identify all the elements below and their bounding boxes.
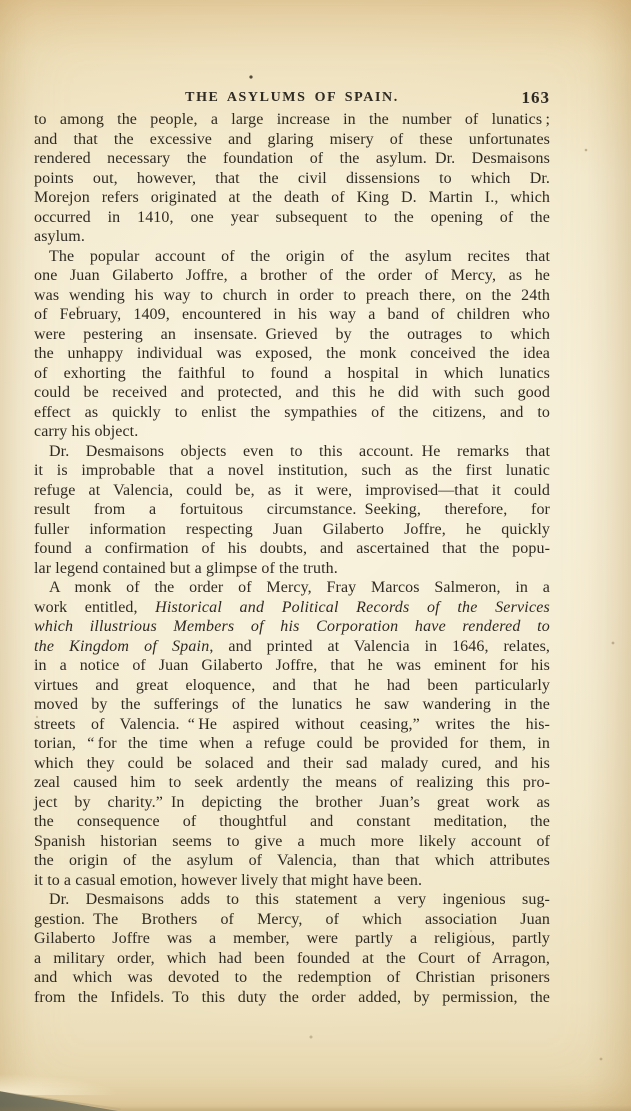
- text-line: refuge at Valencia, could be, as it were…: [34, 481, 550, 501]
- text-line: occurred in 1410, one year subsequent to…: [34, 208, 550, 228]
- text-line: in a notice of Juan Gilaberto Joffre, th…: [34, 656, 550, 676]
- book-title-italic: the Kingdom of Spain: [34, 638, 209, 655]
- text-line: was wending his way to church in order t…: [34, 286, 550, 306]
- page-corner-highlight: [0, 1065, 140, 1095]
- book-page: THE ASYLUMS OF SPAIN. 163 to among the p…: [0, 0, 631, 1111]
- text-line: The popular account of the origin of the…: [34, 247, 550, 267]
- running-title: THE ASYLUMS OF SPAIN.: [34, 90, 550, 106]
- text-line: a military order, which had been founded…: [34, 949, 550, 969]
- paragraph: to among the people, a large increase in…: [34, 110, 550, 247]
- text-line: to among the people, a large increase in…: [34, 110, 550, 130]
- text-line: Gilaberto Joffre was a member, were part…: [34, 929, 550, 949]
- text-line: gestion. The Brothers of Mercy, of which…: [34, 910, 550, 930]
- text-line: streets of Valencia. “ He aspired withou…: [34, 715, 550, 735]
- paragraph: A monk of the order of Mercy, Fray Marco…: [34, 578, 550, 890]
- text-line: work entitled, Historical and Political …: [34, 598, 550, 618]
- text-line: which illustrious Members of his Corpora…: [34, 617, 550, 637]
- paragraph: Dr. Desmaisons objects even to this acco…: [34, 442, 550, 579]
- text-line: the origin of the asylum of Valencia, th…: [34, 851, 550, 871]
- text-line: ject by charity.” In depicting the broth…: [34, 793, 550, 813]
- text-line: which they could be solaced and their sa…: [34, 754, 550, 774]
- text-line: of exhorting the faithful to found a hos…: [34, 364, 550, 384]
- page-number: 163: [522, 88, 551, 108]
- text-line: asylum.: [34, 227, 550, 247]
- text-line: from the Infidels. To this duty the orde…: [34, 988, 550, 1008]
- text-line: Spanish historian seems to give a much m…: [34, 832, 550, 852]
- text-line: were pestering an insensate. Grieved by …: [34, 325, 550, 345]
- text-line: fuller information respecting Juan Gilab…: [34, 520, 550, 540]
- paragraph: The popular account of the origin of the…: [34, 247, 550, 442]
- text-line: could be received and protected, and thi…: [34, 383, 550, 403]
- text-line: effect as quickly to enlist the sympathi…: [34, 403, 550, 423]
- text-line: and that the excessive and glaring miser…: [34, 130, 550, 150]
- text-line: the Kingdom of Spain, and printed at Val…: [34, 637, 550, 657]
- text-line: lar legend contained but a glimpse of th…: [34, 559, 550, 579]
- text-line: points out, however, that the civil diss…: [34, 169, 550, 189]
- text-line: rendered necessary the foundation of the…: [34, 149, 550, 169]
- text-line: result from a fortuitous circumstance. S…: [34, 500, 550, 520]
- text-line: A monk of the order of Mercy, Fray Marco…: [34, 578, 550, 598]
- text-line: torian, “ for the time when a refuge cou…: [34, 734, 550, 754]
- text-line: Dr. Desmaisons objects even to this acco…: [34, 442, 550, 462]
- text-line: the unhappy individual was exposed, the …: [34, 344, 550, 364]
- text-line: Dr. Desmaisons adds to this statement a …: [34, 890, 550, 910]
- text-line: virtues and great eloquence, and that he…: [34, 676, 550, 696]
- book-title-italic: Historical and Political Records of the …: [155, 599, 550, 616]
- text-line: and which was devoted to the redemption …: [34, 968, 550, 988]
- text-line: the consequence of thoughtful and consta…: [34, 812, 550, 832]
- text-line: it to a casual emotion, however lively t…: [34, 871, 550, 891]
- text-line: of February, 1409, encountered in his wa…: [34, 305, 550, 325]
- book-title-italic: which illustrious Members of his Corpora…: [34, 618, 550, 635]
- page-bottom-edge: [0, 1105, 631, 1111]
- paper-specks: [0, 0, 2, 2]
- text-line: it is improbable that a novel institutio…: [34, 461, 550, 481]
- page-header: THE ASYLUMS OF SPAIN. 163: [34, 90, 550, 112]
- text-line: one Juan Gilaberto Joffre, a brother of …: [34, 266, 550, 286]
- text-line: zeal caused him to seek ardently the mea…: [34, 773, 550, 793]
- paragraph: Dr. Desmaisons adds to this statement a …: [34, 890, 550, 1007]
- page-body: to among the people, a large increase in…: [34, 110, 550, 1007]
- text-line: Morejon refers originated at the death o…: [34, 188, 550, 208]
- text-line: found a confirmation of his doubts, and …: [34, 539, 550, 559]
- text-line: moved by the sufferings of the lunatics …: [34, 695, 550, 715]
- text-line: carry his object.: [34, 422, 550, 442]
